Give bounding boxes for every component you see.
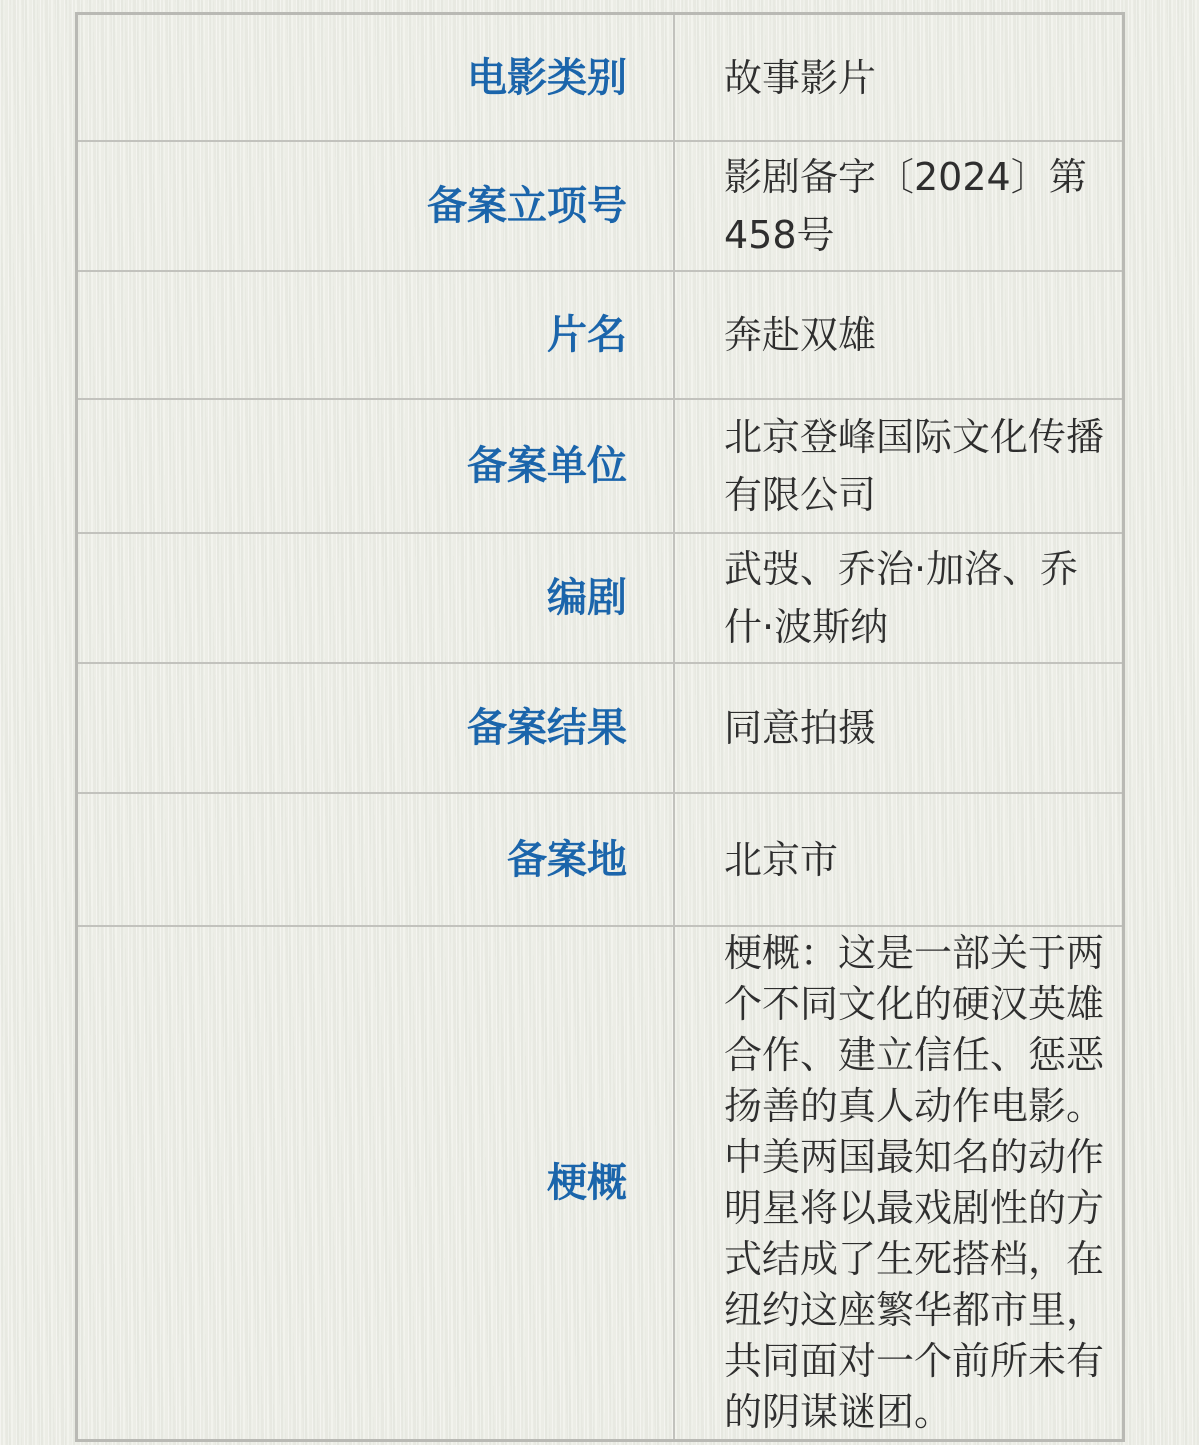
row-label-screenwriter: 编剧 — [78, 534, 675, 662]
table-row-registration-place: 备案地 北京市 — [78, 792, 1122, 925]
row-label-registration-place: 备案地 — [78, 794, 675, 925]
table-row-registration-number: 备案立项号 影剧备字〔2024〕第458号 — [78, 140, 1122, 270]
row-label-text: 梗概 — [547, 1159, 627, 1207]
row-label-registration-number: 备案立项号 — [78, 142, 675, 270]
row-label-text: 备案地 — [507, 836, 627, 884]
row-value-registration-result: 同意拍摄 — [675, 664, 1122, 792]
row-label-text: 编剧 — [547, 574, 627, 622]
row-label-synopsis: 梗概 — [78, 927, 675, 1439]
row-value-film-category: 故事影片 — [675, 15, 1122, 140]
row-label-text: 备案结果 — [467, 704, 627, 752]
row-value-text: 奔赴双雄 — [724, 306, 876, 364]
table-row-registration-unit: 备案单位 北京登峰国际文化传播有限公司 — [78, 398, 1122, 532]
row-value-registration-number: 影剧备字〔2024〕第458号 — [675, 142, 1122, 270]
row-value-film-title: 奔赴双雄 — [675, 272, 1122, 398]
row-value-text: 故事影片 — [724, 49, 876, 107]
row-value-text: 武弢、乔治·加洛、乔什·波斯纳 — [724, 540, 1108, 656]
row-value-screenwriter: 武弢、乔治·加洛、乔什·波斯纳 — [675, 534, 1122, 662]
row-label-film-title: 片名 — [78, 272, 675, 398]
row-value-text: 北京登峰国际文化传播有限公司 — [724, 408, 1108, 524]
row-label-film-category: 电影类别 — [78, 15, 675, 140]
table-row-screenwriter: 编剧 武弢、乔治·加洛、乔什·波斯纳 — [78, 532, 1122, 662]
row-value-text: 同意拍摄 — [724, 699, 876, 757]
row-label-registration-unit: 备案单位 — [78, 400, 675, 532]
row-value-synopsis: 梗概：这是一部关于两个不同文化的硬汉英雄合作、建立信任、惩恶扬善的真人动作电影。… — [675, 927, 1122, 1439]
table-row-synopsis: 梗概 梗概：这是一部关于两个不同文化的硬汉英雄合作、建立信任、惩恶扬善的真人动作… — [78, 925, 1122, 1439]
row-label-text: 片名 — [547, 311, 627, 359]
row-label-text: 备案单位 — [467, 442, 627, 490]
row-value-text: 北京市 — [724, 831, 838, 889]
row-value-registration-unit: 北京登峰国际文化传播有限公司 — [675, 400, 1122, 532]
row-label-text: 备案立项号 — [427, 182, 627, 230]
page-background: { "page": { "background_color": "#edeee7… — [0, 0, 1199, 1445]
table-row-film-category: 电影类别 故事影片 — [78, 15, 1122, 140]
row-label-text: 电影类别 — [467, 54, 627, 102]
row-value-registration-place: 北京市 — [675, 794, 1122, 925]
table-row-registration-result: 备案结果 同意拍摄 — [78, 662, 1122, 792]
film-registration-table: 电影类别 故事影片 备案立项号 影剧备字〔2024〕第458号 片名 奔赴双雄 … — [75, 12, 1125, 1442]
row-label-registration-result: 备案结果 — [78, 664, 675, 792]
row-value-text: 梗概：这是一部关于两个不同文化的硬汉英雄合作、建立信任、惩恶扬善的真人动作电影。… — [724, 928, 1108, 1438]
row-value-text: 影剧备字〔2024〕第458号 — [724, 148, 1108, 264]
table-row-film-title: 片名 奔赴双雄 — [78, 270, 1122, 398]
